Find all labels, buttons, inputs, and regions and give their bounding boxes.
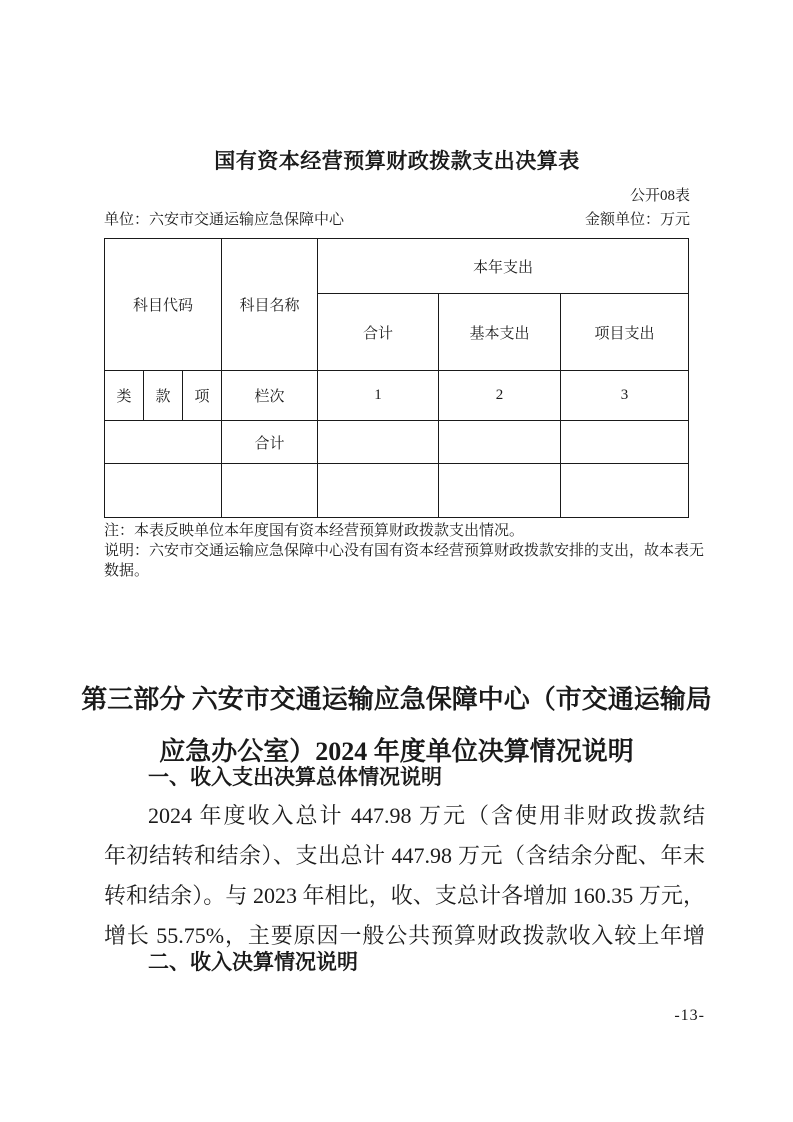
header-total: 合计 [318, 294, 439, 371]
meta-row: 单位：六安市交通运输应急保障中心 金额单位：万元 [104, 211, 690, 229]
header-subject-name: 科目名称 [222, 239, 318, 371]
header-current-year-expenditure: 本年支出 [318, 239, 689, 294]
subsection-2-title: 二、收入决算情况说明 [148, 949, 358, 976]
empty-cell [105, 464, 222, 518]
paragraph-line-1: 2024 年度收入总计 447.98 万元（含使用非财政拨款结余、 [104, 796, 705, 836]
unit-label: 单位：六安市交通运输应急保障中心 [104, 211, 344, 229]
column-index-3: 3 [561, 371, 689, 421]
code-part-section: 款 [144, 371, 183, 421]
table-notes: 注：本表反映单位本年度国有资本经营预算财政拨款支出情况。 说明：六安市交通运输应… [104, 521, 708, 581]
empty-cell [439, 464, 561, 518]
amount-unit-label: 金额单位：万元 [585, 211, 690, 229]
budget-table: 科目代码 科目名称 本年支出 合计 基本支出 项目支出 类 款 项 栏次 1 2… [104, 238, 689, 518]
empty-cell [105, 421, 222, 464]
table-explanation: 说明：六安市交通运输应急保障中心没有国有资本经营预算财政拨款安排的支出，故本表无… [104, 541, 708, 581]
header-project-expenditure: 项目支出 [561, 294, 689, 371]
page-title: 国有资本经营预算财政拨款支出决算表 [104, 149, 690, 175]
code-part-class: 类 [105, 371, 144, 421]
table-row-empty [105, 464, 689, 518]
column-index-label: 栏次 [222, 371, 318, 421]
section-heading: 第三部分 六安市交通运输应急保障中心（市交通运输局 应急办公室）2024 年度单… [0, 674, 793, 778]
header-subject-code: 科目代码 [105, 239, 222, 371]
page-number: -13- [674, 1006, 705, 1026]
table-row-total: 合计 [105, 421, 689, 464]
empty-cell [439, 421, 561, 464]
code-part-item: 项 [183, 371, 222, 421]
table-row-column-index: 类 款 项 栏次 1 2 3 [105, 371, 689, 421]
subsection-1-title: 一、收入支出决算总体情况说明 [148, 764, 442, 791]
header-basic-expenditure: 基本支出 [439, 294, 561, 371]
document-page: 国有资本经营预算财政拨款支出决算表 公开08表 单位：六安市交通运输应急保障中心… [0, 0, 793, 1122]
empty-cell [561, 421, 689, 464]
summary-paragraph: 2024 年度收入总计 447.98 万元（含使用非财政拨款结余、 年初结转和结… [104, 796, 705, 956]
empty-cell [318, 464, 439, 518]
empty-cell [561, 464, 689, 518]
paragraph-line-2: 年初结转和结余）、支出总计 447.98 万元（含结余分配、年末结 [104, 836, 705, 876]
total-row-label: 合计 [222, 421, 318, 464]
table-header-row-1: 科目代码 科目名称 本年支出 [105, 239, 689, 294]
paragraph-line-3: 转和结余）。与 2023 年相比，收、支总计各增加 160.35 万元， [104, 876, 705, 916]
column-index-1: 1 [318, 371, 439, 421]
column-index-2: 2 [439, 371, 561, 421]
empty-cell [222, 464, 318, 518]
empty-cell [318, 421, 439, 464]
table-note: 注：本表反映单位本年度国有资本经营预算财政拨款支出情况。 [104, 521, 708, 541]
section-heading-line1: 第三部分 六安市交通运输应急保障中心（市交通运输局 [0, 674, 793, 726]
form-number-label: 公开08表 [104, 188, 690, 205]
